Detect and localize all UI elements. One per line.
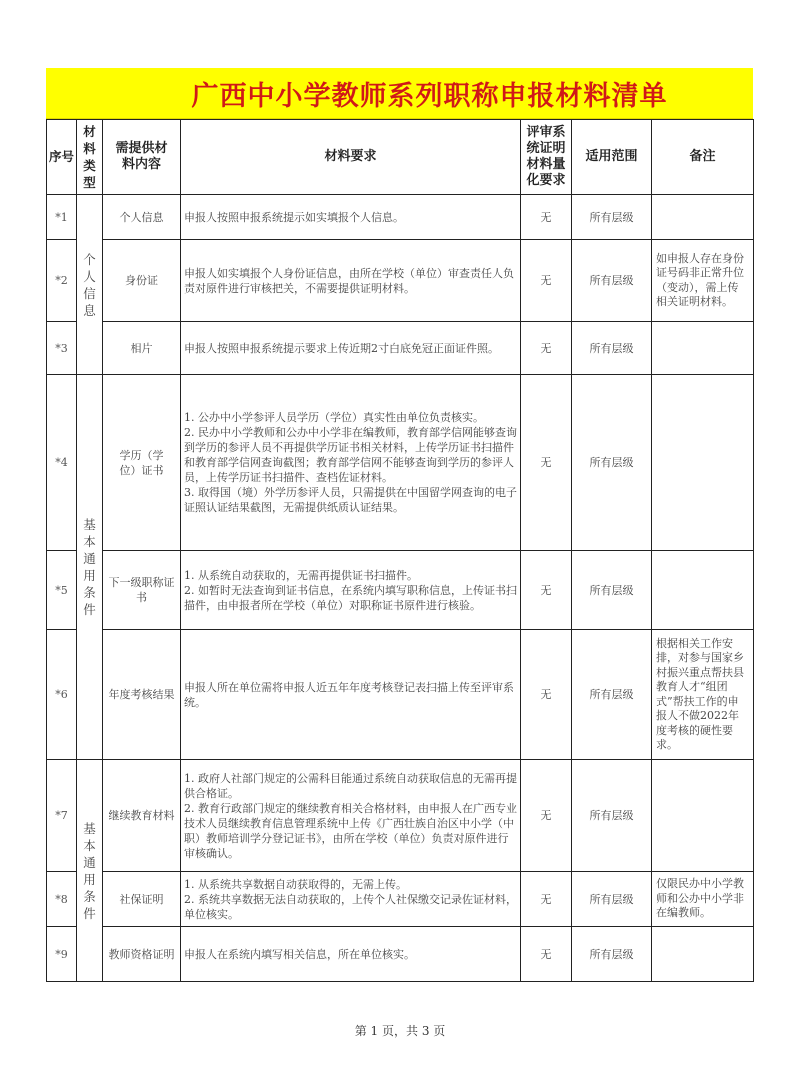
title-banner: 广西中小学教师系列职称申报材料清单	[46, 68, 753, 119]
header-requirement: 材料要求	[181, 120, 521, 195]
row-requirement: 1. 从系统自动获取的，无需再提供证书扫描件。 2. 如暂时无法查询到证书信息，…	[181, 551, 521, 630]
row-quantify: 无	[521, 375, 572, 551]
row-requirement: 1. 政府人社部门规定的公需科目能通过系统自动获取信息的无需再提供合格证。 2.…	[181, 760, 521, 872]
row-scope: 所有层级	[572, 240, 652, 322]
table-row: *7 基本通用条件 继续教育材料 1. 政府人社部门规定的公需科目能通过系统自动…	[47, 760, 754, 872]
row-quantify: 无	[521, 630, 572, 760]
row-material: 学历（学位）证书	[103, 375, 181, 551]
row-quantify: 无	[521, 760, 572, 872]
row-quantify: 无	[521, 872, 572, 927]
row-material: 个人信息	[103, 195, 181, 240]
row-requirement: 申报人所在单位需将申报人近五年年度考核登记表扫描上传至评审系统。	[181, 630, 521, 760]
type-group-basic-conditions: 基本通用条件	[77, 375, 103, 760]
requirement-line: 1. 从系统自动获取的，无需再提供证书扫描件。	[184, 568, 517, 583]
row-requirement: 申报人如实填报个人身份证信息，由所在学校（单位）审查责任人负责对原件进行审核把关…	[181, 240, 521, 322]
header-seq: 序号	[47, 120, 77, 195]
row-scope: 所有层级	[572, 375, 652, 551]
row-seq: *6	[47, 630, 77, 760]
row-scope: 所有层级	[572, 195, 652, 240]
row-seq: *1	[47, 195, 77, 240]
row-scope: 所有层级	[572, 322, 652, 375]
row-seq: *9	[47, 927, 77, 982]
requirement-line: 2. 系统共享数据无法自动获取的，上传个人社保缴交记录佐证材料，单位核实。	[184, 892, 517, 922]
row-note	[652, 760, 754, 872]
table-row: *3 相片 申报人按照申报系统提示要求上传近期2寸白底免冠正面证件照。 无 所有…	[47, 322, 754, 375]
table-row: *6 年度考核结果 申报人所在单位需将申报人近五年年度考核登记表扫描上传至评审系…	[47, 630, 754, 760]
row-quantify: 无	[521, 927, 572, 982]
requirement-line: 3. 取得国（境）外学历参评人员，只需提供在中国留学网查询的电子证照认证结果截图…	[184, 485, 517, 515]
requirement-line: 申报人按照申报系统提示如实填报个人信息。	[184, 210, 517, 225]
row-requirement: 申报人在系统内填写相关信息，所在单位核实。	[181, 927, 521, 982]
requirement-line: 申报人如实填报个人身份证信息，由所在学校（单位）审查责任人负责对原件进行审核把关…	[184, 266, 517, 296]
page-footer: 第 1 页，共 3 页	[0, 1022, 800, 1039]
row-material: 身份证	[103, 240, 181, 322]
document-title: 广西中小学教师系列职称申报材料清单	[132, 74, 668, 113]
requirement-line: 申报人在系统内填写相关信息，所在单位核实。	[184, 947, 517, 962]
row-seq: *8	[47, 872, 77, 927]
row-material: 相片	[103, 322, 181, 375]
table-row: *4 基本通用条件 学历（学位）证书 1. 公办中小学参评人员学历（学位）真实性…	[47, 375, 754, 551]
row-note: 如申报人存在身份证号码非正常升位（变动），需上传相关证明材料。	[652, 240, 754, 322]
type-group-basic-conditions-continued: 基本通用条件	[77, 760, 103, 982]
row-seq: *5	[47, 551, 77, 630]
materials-table: 序号 材料类型 需提供材料内容 材料要求 评审系统证明材料量化要求 适用范围 备…	[46, 119, 754, 982]
row-requirement: 申报人按照申报系统提示要求上传近期2寸白底免冠正面证件照。	[181, 322, 521, 375]
row-quantify: 无	[521, 322, 572, 375]
row-note: 根据相关工作安排，对参与国家乡村振兴重点帮扶县教育人才“组团式”帮扶工作的申报人…	[652, 630, 754, 760]
type-group-label: 基本通用条件	[83, 517, 96, 617]
row-requirement: 1. 公办中小学参评人员学历（学位）真实性由单位负责核实。 2. 民办中小学教师…	[181, 375, 521, 551]
row-note	[652, 375, 754, 551]
row-scope: 所有层级	[572, 872, 652, 927]
requirement-line: 2. 教育行政部门规定的继续教育相关合格材料，由申报人在广西专业技术人员继续教育…	[184, 801, 517, 861]
header-note: 备注	[652, 120, 754, 195]
row-material: 社保证明	[103, 872, 181, 927]
row-scope: 所有层级	[572, 551, 652, 630]
type-group-label: 基本通用条件	[83, 821, 96, 921]
type-group-label: 个人信息	[83, 252, 96, 318]
header-material: 需提供材料内容	[103, 120, 181, 195]
page-number: 第 1 页，共 3 页	[355, 1024, 446, 1038]
row-requirement: 1. 从系统共享数据自动获取得的，无需上传。 2. 系统共享数据无法自动获取的，…	[181, 872, 521, 927]
row-scope: 所有层级	[572, 760, 652, 872]
row-seq: *4	[47, 375, 77, 551]
requirement-line: 申报人按照申报系统提示要求上传近期2寸白底免冠正面证件照。	[184, 341, 517, 356]
row-quantify: 无	[521, 240, 572, 322]
requirement-line: 1. 从系统共享数据自动获取得的，无需上传。	[184, 877, 517, 892]
row-quantify: 无	[521, 195, 572, 240]
row-material: 下一级职称证书	[103, 551, 181, 630]
row-material: 继续教育材料	[103, 760, 181, 872]
row-note	[652, 195, 754, 240]
row-material: 年度考核结果	[103, 630, 181, 760]
row-seq: *2	[47, 240, 77, 322]
row-scope: 所有层级	[572, 630, 652, 760]
requirement-line: 1. 政府人社部门规定的公需科目能通过系统自动获取信息的无需再提供合格证。	[184, 771, 517, 801]
row-note	[652, 322, 754, 375]
header-row: 序号 材料类型 需提供材料内容 材料要求 评审系统证明材料量化要求 适用范围 备…	[47, 120, 754, 195]
table-row: *5 下一级职称证书 1. 从系统自动获取的，无需再提供证书扫描件。 2. 如暂…	[47, 551, 754, 630]
header-quantify: 评审系统证明材料量化要求	[521, 120, 572, 195]
row-material: 教师资格证明	[103, 927, 181, 982]
row-requirement: 申报人按照申报系统提示如实填报个人信息。	[181, 195, 521, 240]
table-row: *8 社保证明 1. 从系统共享数据自动获取得的，无需上传。 2. 系统共享数据…	[47, 872, 754, 927]
row-quantify: 无	[521, 551, 572, 630]
table-row: *1 个人信息 个人信息 申报人按照申报系统提示如实填报个人信息。 无 所有层级	[47, 195, 754, 240]
requirement-line: 1. 公办中小学参评人员学历（学位）真实性由单位负责核实。	[184, 410, 517, 425]
row-seq: *3	[47, 322, 77, 375]
table-row: *2 身份证 申报人如实填报个人身份证信息，由所在学校（单位）审查责任人负责对原…	[47, 240, 754, 322]
header-type: 材料类型	[77, 120, 103, 195]
document-page: 广西中小学教师系列职称申报材料清单 序号 材料类型 需提供材料内容 材料要求 评…	[46, 68, 753, 982]
requirement-line: 2. 民办中小学教师和公办中小学非在编教师，教育部学信网能够查询到学历的参评人员…	[184, 425, 517, 485]
row-note	[652, 551, 754, 630]
row-scope: 所有层级	[572, 927, 652, 982]
row-note: 仅限民办中小学教师和公办中小学非在编教师。	[652, 872, 754, 927]
header-scope: 适用范围	[572, 120, 652, 195]
type-group-personal-info: 个人信息	[77, 195, 103, 375]
row-seq: *7	[47, 760, 77, 872]
row-note	[652, 927, 754, 982]
requirement-line: 申报人所在单位需将申报人近五年年度考核登记表扫描上传至评审系统。	[184, 680, 517, 710]
table-row: *9 教师资格证明 申报人在系统内填写相关信息，所在单位核实。 无 所有层级	[47, 927, 754, 982]
requirement-line: 2. 如暂时无法查询到证书信息，在系统内填写职称信息，上传证书扫描件，由申报者所…	[184, 583, 517, 613]
